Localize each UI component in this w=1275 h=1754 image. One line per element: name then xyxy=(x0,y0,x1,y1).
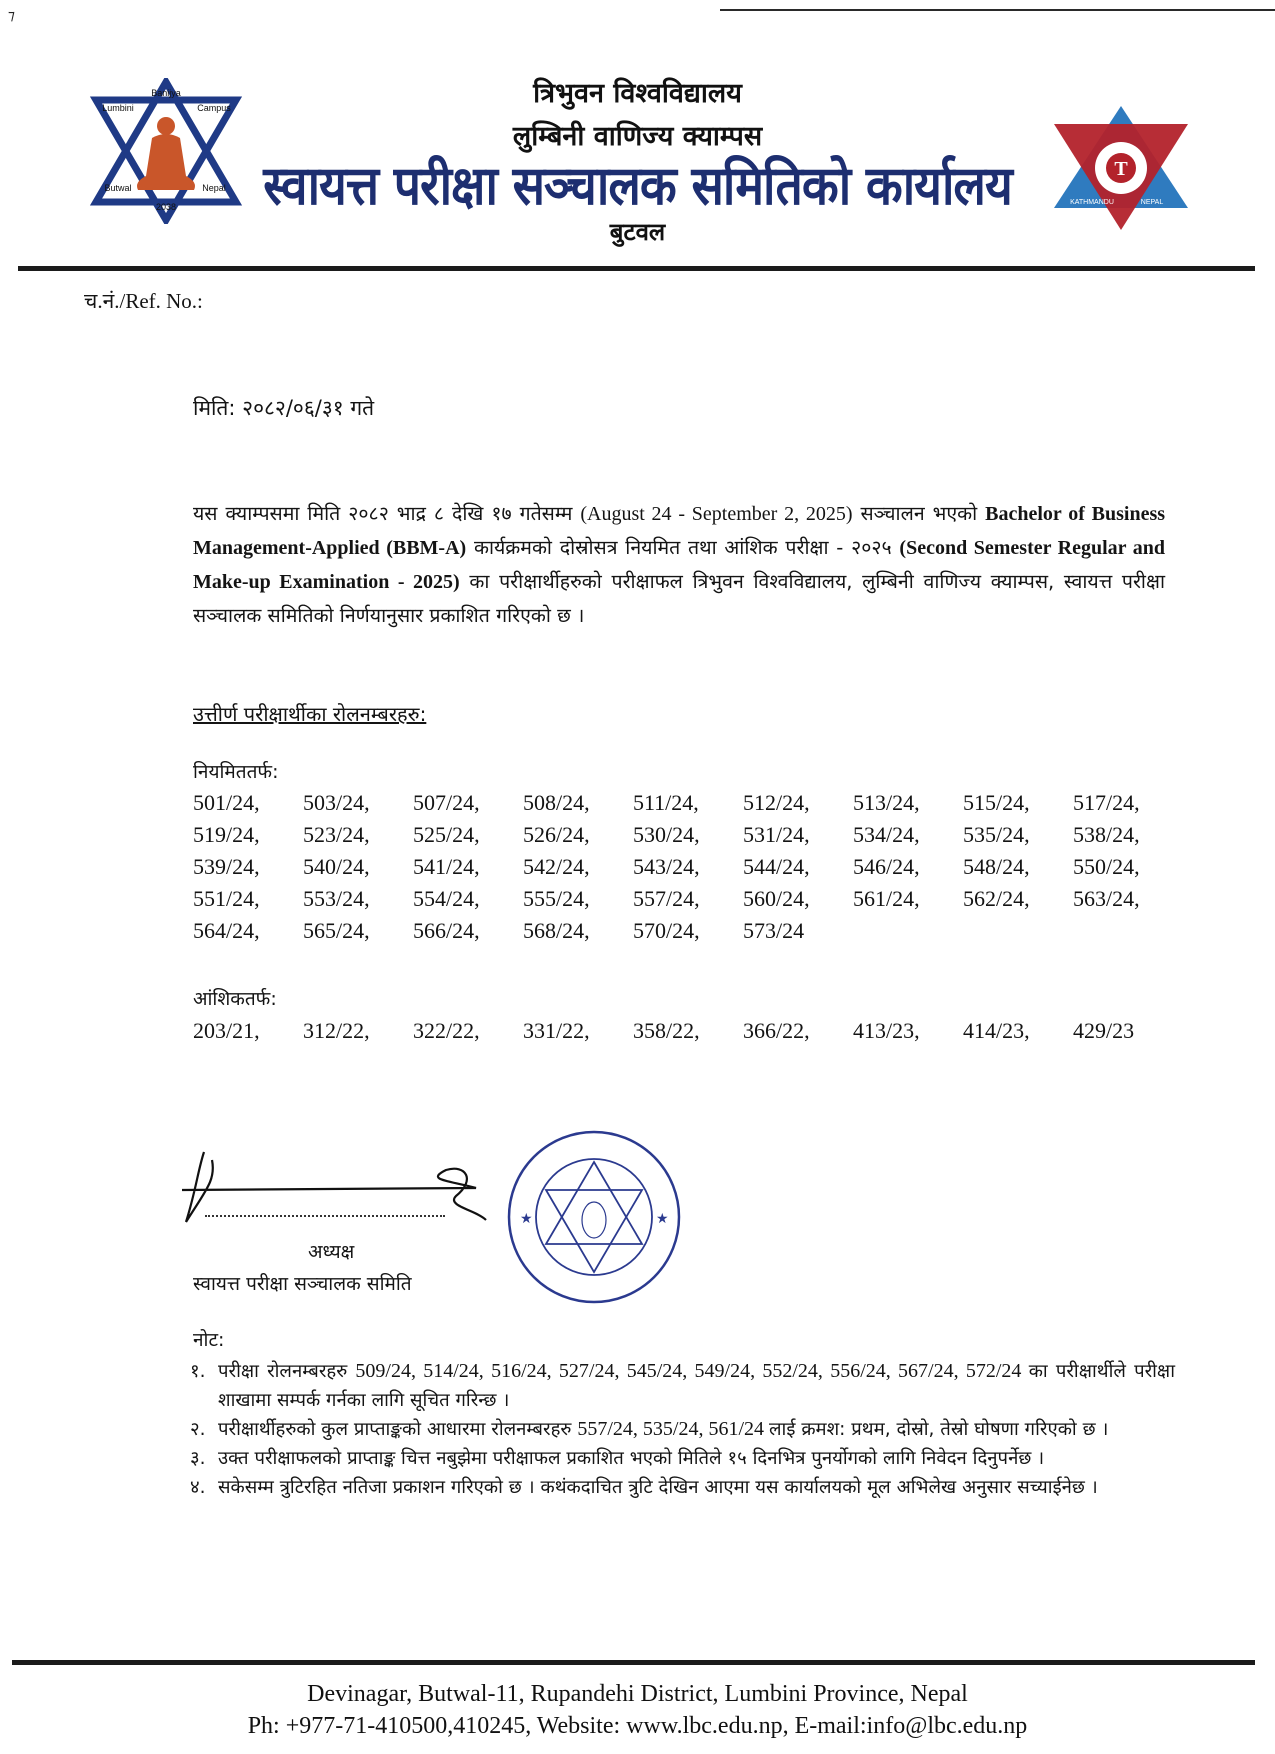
office-title: स्वायत्त परीक्षा सञ्चालक समितिको कार्याल… xyxy=(0,148,1275,221)
roll-number: 557/24, xyxy=(633,883,743,915)
office-city: बुटवल xyxy=(0,215,1275,248)
roll-number: 203/21, xyxy=(193,1015,303,1047)
roll-number: 573/24 xyxy=(743,915,853,947)
roll-number: 542/24, xyxy=(523,851,633,883)
note-number: ४. xyxy=(190,1473,218,1502)
note-text: सकेसम्म त्रुटिरहित नतिजा प्रकाशन गरिएको … xyxy=(218,1473,1175,1502)
note-item: ४.सकेसम्म त्रुटिरहित नतिजा प्रकाशन गरिएक… xyxy=(190,1473,1175,1502)
makeup-section-label: आंशिकतर्फ: xyxy=(193,985,277,1011)
notice-date: मिति: २०८२/०६/३१ गते xyxy=(193,394,374,422)
reference-number: च.नं./Ref. No.: xyxy=(84,287,203,315)
note-item: १.परीक्षा रोलनम्बरहरु 509/24, 514/24, 51… xyxy=(190,1357,1175,1415)
svg-text:★: ★ xyxy=(656,1211,669,1227)
note-number: २. xyxy=(190,1415,218,1444)
roll-number: 517/24, xyxy=(1073,787,1183,819)
note-item: ३.उक्त परीक्षाफलको प्राप्ताङ्क चित्त नबु… xyxy=(190,1444,1175,1473)
note-item: २.परीक्षार्थीहरुको कुल प्राप्ताङ्कको आधा… xyxy=(190,1415,1175,1444)
roll-number: 413/23, xyxy=(853,1015,963,1047)
roll-number: 561/24, xyxy=(853,883,963,915)
roll-number: 554/24, xyxy=(413,883,523,915)
roll-number: 562/24, xyxy=(963,883,1073,915)
roll-number: 526/24, xyxy=(523,819,633,851)
roll-number: 570/24, xyxy=(633,915,743,947)
roll-number: 546/24, xyxy=(853,851,963,883)
roll-number: 566/24, xyxy=(413,915,523,947)
footer-contact: Ph: +977-71-410500,410245, Website: www.… xyxy=(0,1713,1275,1740)
roll-number: 539/24, xyxy=(193,851,303,883)
roll-number: 519/24, xyxy=(193,819,303,851)
roll-number: 508/24, xyxy=(523,787,633,819)
roll-number: 312/22, xyxy=(303,1015,413,1047)
regular-section-label: नियमिततर्फ: xyxy=(193,758,278,784)
roll-number: 523/24, xyxy=(303,819,413,851)
signature-line xyxy=(205,1215,445,1217)
roll-number: 564/24, xyxy=(193,915,303,947)
roll-number: 366/22, xyxy=(743,1015,853,1047)
roll-number: 538/24, xyxy=(1073,819,1183,851)
roll-number: 540/24, xyxy=(303,851,413,883)
note-text: परीक्षा रोलनम्बरहरु 509/24, 514/24, 516/… xyxy=(218,1357,1175,1415)
passed-candidates-heading: उत्तीर्ण परीक्षार्थीका रोलनम्बरहरु: xyxy=(193,700,426,727)
signatory-organization: स्वायत्त परीक्षा सञ्चालक समिति xyxy=(193,1270,412,1296)
roll-number: 501/24, xyxy=(193,787,303,819)
roll-number: 551/24, xyxy=(193,883,303,915)
roll-number: 563/24, xyxy=(1073,883,1183,915)
footer-divider xyxy=(12,1660,1255,1665)
roll-number: 331/22, xyxy=(523,1015,633,1047)
notice-body: यस क्याम्पसमा मिति २०८२ भाद्र ८ देखि १७ … xyxy=(193,497,1165,633)
roll-number: 525/24, xyxy=(413,819,523,851)
roll-number: 565/24, xyxy=(303,915,413,947)
roll-number: 530/24, xyxy=(633,819,743,851)
scan-corner-mark: ⁊ xyxy=(8,8,15,24)
notes-list: १.परीक्षा रोलनम्बरहरु 509/24, 514/24, 51… xyxy=(190,1357,1175,1502)
roll-number: 535/24, xyxy=(963,819,1073,851)
roll-number: 550/24, xyxy=(1073,851,1183,883)
roll-number: 541/24, xyxy=(413,851,523,883)
roll-number: 513/24, xyxy=(853,787,963,819)
signature-icon xyxy=(176,1150,496,1240)
roll-number: 429/23 xyxy=(1073,1015,1183,1047)
body-exam-nepali: कार्यक्रमको दोस्रोसत्र नियमित तथा आंशिक … xyxy=(474,536,892,559)
roll-number: 568/24, xyxy=(523,915,633,947)
roll-number: 322/22, xyxy=(413,1015,523,1047)
roll-number: 543/24, xyxy=(633,851,743,883)
roll-number: 414/23, xyxy=(963,1015,1073,1047)
roll-number: 544/24, xyxy=(743,851,853,883)
roll-number: 511/24, xyxy=(633,787,743,819)
roll-number: 548/24, xyxy=(963,851,1073,883)
top-scan-rule xyxy=(720,9,1275,11)
note-number: १. xyxy=(190,1357,218,1415)
roll-number: 553/24, xyxy=(303,883,413,915)
roll-number: 507/24, xyxy=(413,787,523,819)
roll-number: 515/24, xyxy=(963,787,1073,819)
body-conducted: सञ्चालन भएको xyxy=(861,502,978,525)
roll-number: 512/24, xyxy=(743,787,853,819)
regular-roll-list: 501/24,503/24,507/24,508/24,511/24,512/2… xyxy=(193,787,1183,947)
body-date-range: (August 24 - September 2, 2025) xyxy=(580,503,852,525)
footer-address: Devinagar, Butwal-11, Rupandehi District… xyxy=(0,1681,1275,1708)
roll-number: 503/24, xyxy=(303,787,413,819)
roll-number: 358/22, xyxy=(633,1015,743,1047)
roll-number: 534/24, xyxy=(853,819,963,851)
signatory-title: अध्यक्ष xyxy=(308,1238,354,1264)
university-name: त्रिभुवन विश्वविद्यालय xyxy=(0,73,1275,110)
body-intro: यस क्याम्पसमा मिति २०८२ भाद्र ८ देखि १७ … xyxy=(193,502,572,525)
makeup-roll-list: 203/21,312/22,322/22,331/22,358/22,366/2… xyxy=(193,1015,1183,1047)
roll-number: 531/24, xyxy=(743,819,853,851)
svg-text:★: ★ xyxy=(520,1211,533,1227)
header-divider xyxy=(18,266,1255,271)
note-number: ३. xyxy=(190,1444,218,1473)
note-text: उक्त परीक्षाफलको प्राप्ताङ्क चित्त नबुझे… xyxy=(218,1444,1175,1473)
office-seal-icon: ★ ★ xyxy=(505,1128,683,1306)
notes-label: नोट: xyxy=(193,1326,224,1352)
note-text: परीक्षार्थीहरुको कुल प्राप्ताङ्कको आधारम… xyxy=(218,1415,1175,1444)
roll-number: 555/24, xyxy=(523,883,633,915)
roll-number: 560/24, xyxy=(743,883,853,915)
